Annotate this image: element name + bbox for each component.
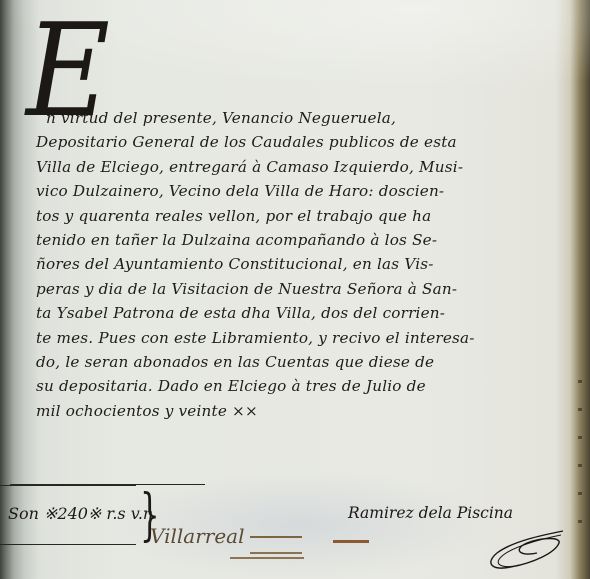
amount-text: Son ※240※ r.s v.n	[8, 504, 153, 523]
text-line-5: tos y quarenta reales vellon, por el tra…	[36, 204, 561, 228]
text-line-3: Villa de Elciego, entregará à Camaso Izq…	[36, 155, 561, 179]
text-line-6: tenido en tañer la Dulzaina acompañando …	[36, 228, 561, 252]
manuscript-page: E n virtud del presente, Venancio Neguer…	[0, 0, 590, 579]
paper-edge-marks	[578, 380, 582, 530]
amount-box: Son ※240※ r.s v.n	[0, 485, 136, 545]
text-line-8: peras y dia de la Visitacion de Nuestra …	[36, 277, 561, 301]
text-line-13: mil ochocientos y veinte ××	[36, 399, 561, 423]
text-line-1: n virtud del presente, Venancio Neguerue…	[36, 106, 561, 130]
signature-left-flourish	[250, 536, 302, 554]
text-line-4: vico Dulzainero, Vecino dela Villa de Ha…	[36, 179, 561, 203]
signature-left: Villarreal	[150, 524, 244, 548]
text-line-11: do, le seran abonados en las Cuentas que…	[36, 350, 561, 374]
manuscript-body: n virtud del presente, Venancio Neguerue…	[36, 106, 561, 423]
text-line-2: Depositario General de los Caudales publ…	[36, 130, 561, 154]
text-line-9: ta Ysabel Patrona de esta dha Villa, dos…	[36, 301, 561, 325]
signature-left-underline	[230, 557, 304, 559]
signature-rubric-icon	[483, 527, 565, 571]
signature-right: Ramirez dela Piscina	[348, 504, 513, 522]
text-line-7: ñores del Ayuntamiento Constitucional, e…	[36, 252, 561, 276]
text-line-12: su depositaria. Dado en Elciego à tres d…	[36, 374, 561, 398]
text-line-10: te mes. Pues con este Libramiento, y rec…	[36, 326, 561, 350]
ink-mark	[333, 540, 369, 543]
